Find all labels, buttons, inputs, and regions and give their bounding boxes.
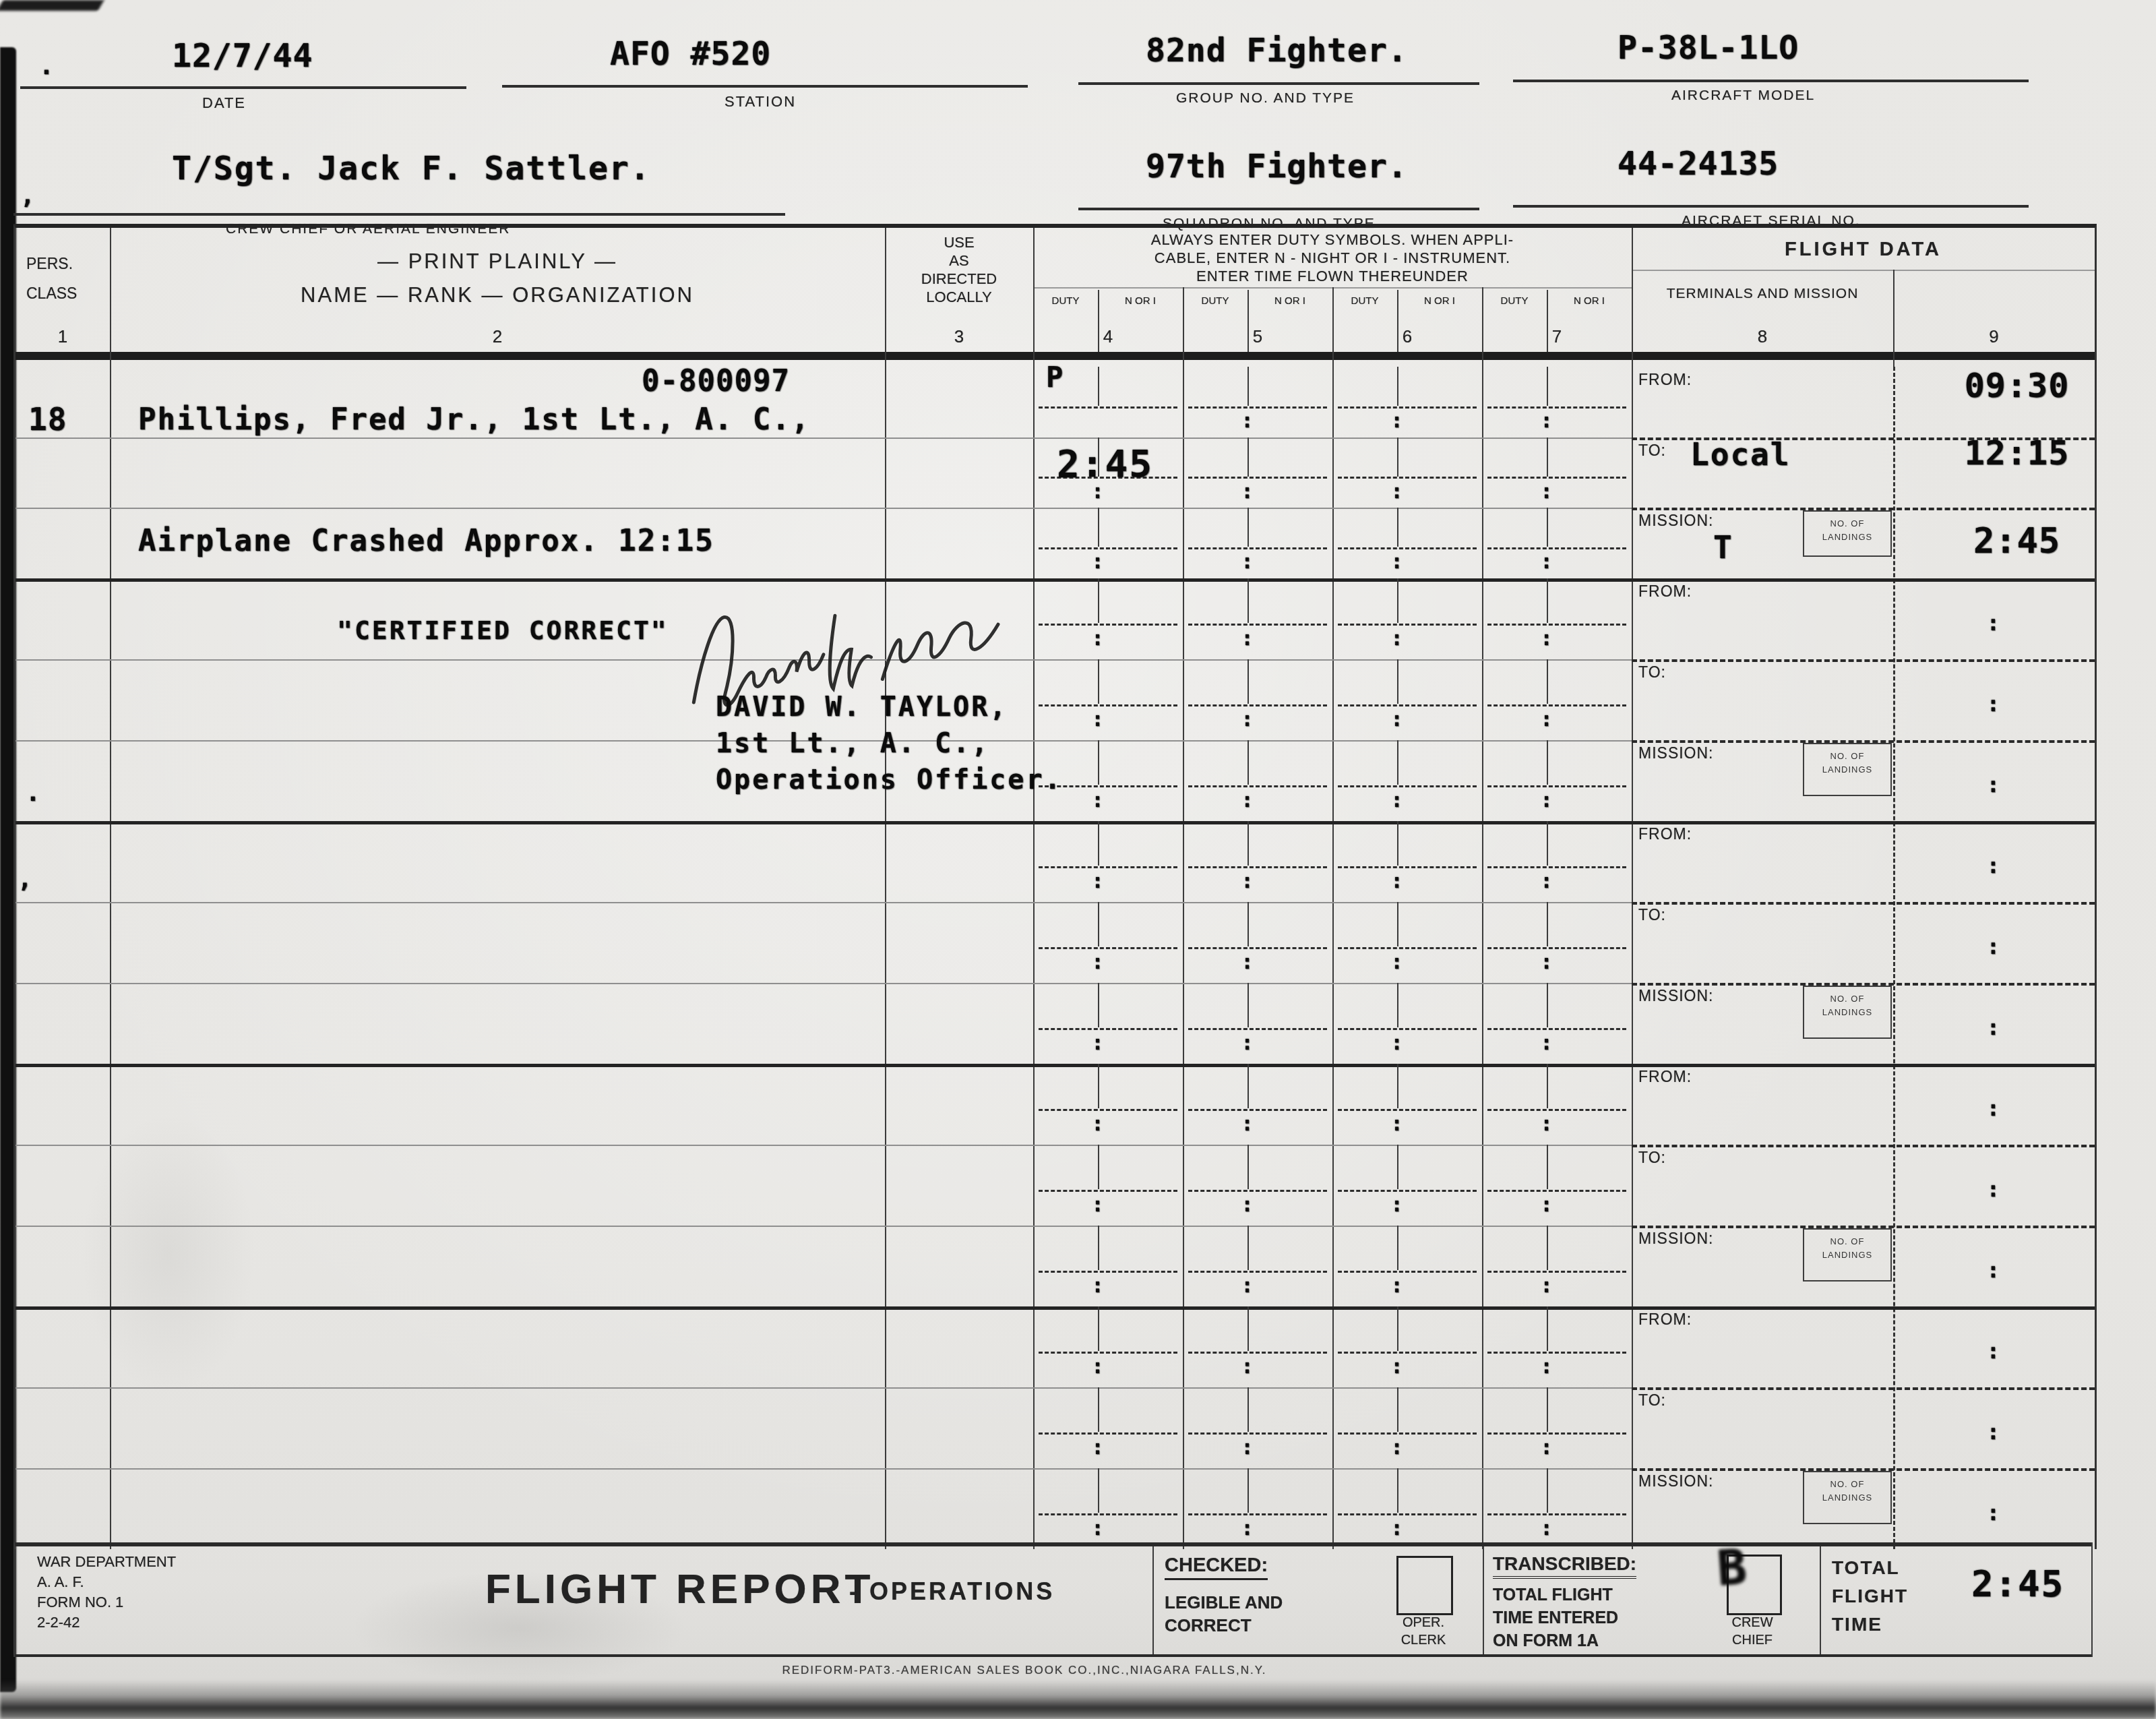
form-title: FLIGHT REPORT bbox=[485, 1565, 874, 1613]
form-id-block: WAR DEPARTMENTA. A. F.FORM NO. 12-2-42 bbox=[37, 1552, 176, 1633]
duty-cell-divider bbox=[1397, 902, 1398, 946]
duty-colon: : bbox=[1527, 1195, 1567, 1216]
duty-cell-dash bbox=[1487, 624, 1626, 626]
column-number: 4 bbox=[1033, 326, 1183, 347]
duty-cell-divider bbox=[1098, 1468, 1099, 1513]
flight-subrow-dash bbox=[1632, 659, 2095, 662]
duty-colon: : bbox=[1227, 628, 1268, 650]
time-colon: : bbox=[1930, 855, 2058, 878]
duty-cell-dash bbox=[1188, 1028, 1327, 1030]
duty-cell-divider bbox=[1547, 438, 1548, 477]
time-colon: : bbox=[1930, 1340, 2058, 1363]
checked-line1: LEGIBLE AND bbox=[1165, 1592, 1283, 1613]
duty-colon: : bbox=[1527, 709, 1567, 731]
crew-chief-value: T/Sgt. Jack F. Sattler. bbox=[172, 152, 651, 185]
duty-sub-label: DUTY bbox=[1332, 295, 1397, 307]
duty-colon: : bbox=[1227, 1195, 1268, 1216]
duty-colon: : bbox=[1527, 1033, 1567, 1054]
oper-clerk-line1: OPER. bbox=[1403, 1615, 1444, 1630]
no-of-landings-label: NO. OFLANDINGS bbox=[1804, 744, 1890, 776]
col-line bbox=[1632, 228, 1633, 1549]
no-of-landings-label: NO. OFLANDINGS bbox=[1804, 1230, 1890, 1261]
duty-cell-dash bbox=[1338, 785, 1477, 787]
scan-edge-bottom bbox=[0, 1680, 2156, 1719]
duty-cell-divider bbox=[1248, 1306, 1249, 1351]
duty-cell-divider bbox=[1248, 1468, 1249, 1513]
footer-top-rule bbox=[13, 1542, 2093, 1546]
col2-header-line2: NAME — RANK — ORGANIZATION bbox=[110, 283, 885, 307]
to-terminal-entry: Local bbox=[1690, 438, 1790, 471]
flight-row-label-to: TO: bbox=[1638, 663, 1666, 682]
duty-colon: : bbox=[1227, 871, 1268, 893]
transcribed-line1: TOTAL FLIGHT bbox=[1493, 1586, 1613, 1605]
duty-colon: : bbox=[1078, 1275, 1118, 1297]
time-colon: : bbox=[1930, 1502, 2058, 1525]
serial-value: 44-24135 bbox=[1618, 147, 1779, 181]
duty-cell-divider bbox=[1547, 578, 1548, 623]
duty-cell-divider bbox=[1248, 367, 1249, 406]
duty-cell-divider bbox=[1248, 983, 1249, 1027]
duty-cell-dash bbox=[1039, 624, 1177, 626]
time-colon: : bbox=[1930, 693, 2058, 716]
nori-sub-label: N OR I bbox=[1098, 295, 1183, 307]
flight-subrow-dash bbox=[1632, 902, 2095, 905]
duty-cell-dash bbox=[1338, 1109, 1477, 1111]
duty-cell-divider bbox=[1397, 659, 1398, 704]
time-colon: : bbox=[1930, 936, 2058, 959]
subrow-line bbox=[16, 438, 1632, 439]
duty-cell-divider bbox=[1098, 1064, 1099, 1108]
duty-cell-divider bbox=[1397, 1226, 1398, 1270]
nori-sub-label: N OR I bbox=[1397, 295, 1482, 307]
oper-clerk-checkbox bbox=[1396, 1556, 1453, 1615]
duty-cell-dash bbox=[1487, 785, 1626, 787]
duty-cell-dash bbox=[1338, 1432, 1477, 1435]
duty-cell-divider bbox=[1098, 821, 1099, 866]
duty-cell-dash bbox=[1039, 1271, 1177, 1273]
duty-cell-dash bbox=[1338, 477, 1477, 479]
group-value: 82nd Fighter. bbox=[1146, 34, 1408, 67]
duty-colon: : bbox=[1227, 1114, 1268, 1135]
duty-cell-divider bbox=[1098, 1306, 1099, 1351]
certifier-typed-name: DAVID W. TAYLOR, bbox=[716, 693, 1008, 721]
flight-subrow-dash bbox=[1632, 1145, 2095, 1147]
no-of-landings-box: NO. OFLANDINGS bbox=[1803, 1471, 1892, 1524]
duty-cell-divider bbox=[1397, 508, 1398, 547]
duty-cell-divider bbox=[1098, 1387, 1099, 1432]
duty-cell-dash bbox=[1338, 1190, 1477, 1192]
stray-mark: . bbox=[39, 54, 55, 80]
station-label: STATION bbox=[725, 93, 796, 111]
duty-cell-dash bbox=[1338, 947, 1477, 949]
duty-cell-dash bbox=[1338, 1513, 1477, 1515]
station-value: AFO #520 bbox=[610, 37, 771, 71]
col8-col9-dashed-divider bbox=[1893, 367, 1895, 1549]
duty-cell-divider bbox=[1547, 1064, 1548, 1108]
no-of-landings-box: NO. OFLANDINGS bbox=[1803, 986, 1892, 1039]
duty-cell-divider bbox=[1248, 1226, 1249, 1270]
duty-cell-dash bbox=[1188, 866, 1327, 868]
duty-colon: : bbox=[1377, 481, 1417, 503]
col1-header-line1: PERS. bbox=[26, 255, 73, 273]
footer-divider bbox=[1483, 1546, 1484, 1654]
flight-row-label-mission: MISSION: bbox=[1638, 744, 1714, 762]
duty-cell-dash bbox=[1338, 704, 1477, 706]
duty-cell-divider bbox=[1098, 659, 1099, 704]
flight-row-label-from: FROM: bbox=[1638, 371, 1692, 389]
duty-cell-divider bbox=[1098, 740, 1099, 785]
duty-cell-divider bbox=[1098, 1145, 1099, 1189]
duty-cell-divider bbox=[1547, 740, 1548, 785]
duty-cell-dash bbox=[1188, 1109, 1327, 1111]
duty-cell-divider bbox=[1098, 367, 1099, 406]
duty-colon: : bbox=[1227, 1437, 1268, 1459]
duty-colon: : bbox=[1078, 1356, 1118, 1378]
duty-cell-divider bbox=[1098, 578, 1099, 623]
duty-cell-dash bbox=[1487, 1109, 1626, 1111]
duty-cell-divider bbox=[1397, 578, 1398, 623]
duty-colon: : bbox=[1227, 1275, 1268, 1297]
flight-row-label-to: TO: bbox=[1638, 1391, 1666, 1410]
column-number: 5 bbox=[1183, 326, 1332, 347]
footer-divider bbox=[1152, 1546, 1154, 1654]
time-colon: : bbox=[1930, 774, 2058, 797]
duty-colon: : bbox=[1527, 628, 1567, 650]
duty-colon: : bbox=[1078, 952, 1118, 973]
column-number: 2 bbox=[110, 326, 885, 347]
duty-cell-divider bbox=[1098, 902, 1099, 946]
squadron-value: 97th Fighter. bbox=[1146, 150, 1408, 183]
crew-chief-label: CREW CHIEF bbox=[1715, 1614, 1789, 1649]
transcribed-line2: TIME ENTERED bbox=[1493, 1608, 1618, 1628]
printer-imprint: REDIFORM-PAT3.-AMERICAN SALES BOOK CO.,I… bbox=[721, 1664, 1328, 1677]
model-value: P-38L-1LO bbox=[1618, 31, 1799, 65]
to-time-entry: 12:15 bbox=[1951, 435, 2083, 471]
duty-cell-divider bbox=[1547, 367, 1548, 406]
duty-cell-dash bbox=[1188, 1190, 1327, 1192]
nori-sub-label: N OR I bbox=[1248, 295, 1332, 307]
duty-cell-divider bbox=[1397, 367, 1398, 406]
duty-cell-dash bbox=[1338, 406, 1477, 409]
duty-cell-divider bbox=[1248, 902, 1249, 946]
rule bbox=[1513, 80, 2029, 82]
duty-cell-dash bbox=[1487, 1513, 1626, 1515]
duty-colon: : bbox=[1078, 1033, 1118, 1054]
time-colon: : bbox=[1930, 1421, 2058, 1444]
col-line bbox=[1033, 228, 1035, 1549]
footer-edge bbox=[2091, 1542, 2093, 1657]
duty-cell-divider bbox=[1397, 438, 1398, 477]
duty-colon: : bbox=[1377, 411, 1417, 432]
certified-correct-stamp: "CERTIFIED CORRECT" bbox=[337, 617, 669, 644]
duty-cell-dash bbox=[1487, 477, 1626, 479]
header-double-rule bbox=[16, 352, 2095, 360]
duty-cell-dash bbox=[1338, 624, 1477, 626]
rule bbox=[1078, 208, 1479, 210]
duty-cell-dash bbox=[1487, 866, 1626, 868]
column-number: 3 bbox=[885, 326, 1033, 347]
duty-colon: : bbox=[1227, 1356, 1268, 1378]
duty-colon: : bbox=[1227, 1518, 1268, 1540]
duty-cell-dash bbox=[1188, 477, 1327, 479]
duty-colon: : bbox=[1227, 1033, 1268, 1054]
duty-colon: : bbox=[1078, 551, 1118, 573]
flight-row-label-mission: MISSION: bbox=[1638, 987, 1714, 1005]
duty-cell-dash bbox=[1338, 866, 1477, 868]
duty-cell-dash bbox=[1188, 406, 1327, 409]
flight-report-scan: 12/7/44 DATE AFO #520 STATION 82nd Fight… bbox=[0, 0, 2156, 1719]
duty-cell-dash bbox=[1487, 947, 1626, 949]
duty-cell-divider bbox=[1547, 1226, 1548, 1270]
pilot-name-entry: Phillips, Fred Jr., 1st Lt., A. C., bbox=[138, 404, 810, 435]
duty-colon: : bbox=[1527, 481, 1567, 503]
duty-cell-divider bbox=[1547, 1145, 1548, 1189]
flight-row-label-to: TO: bbox=[1638, 906, 1666, 924]
time-colon: : bbox=[1930, 1017, 2058, 1039]
duty-cell-divider bbox=[1248, 740, 1249, 785]
col-line bbox=[1332, 287, 1334, 1549]
duty-cell-dash bbox=[1188, 785, 1327, 787]
duty-colon: : bbox=[1377, 709, 1417, 731]
footer-divider bbox=[1820, 1546, 1821, 1654]
time-colon: : bbox=[1930, 1178, 2058, 1201]
duty-cell-divider bbox=[1098, 983, 1099, 1027]
duty-cell-divider bbox=[1547, 821, 1548, 866]
subrow-line bbox=[16, 983, 1632, 984]
duty-sub-label: DUTY bbox=[1482, 295, 1547, 307]
group-label: GROUP NO. AND TYPE bbox=[1176, 90, 1355, 107]
flight-subrow-dash bbox=[1632, 1387, 2095, 1390]
subrow-line bbox=[16, 508, 1632, 509]
duty-cell-dash bbox=[1487, 1028, 1626, 1030]
duty-colon: : bbox=[1527, 952, 1567, 973]
subrow-line bbox=[16, 1226, 1632, 1227]
duty-colon: : bbox=[1527, 790, 1567, 812]
rule bbox=[1078, 82, 1479, 85]
col-line bbox=[1482, 287, 1483, 1549]
duty-colon: : bbox=[1527, 551, 1567, 573]
duty-colon: : bbox=[1527, 411, 1567, 432]
subrow-line bbox=[16, 1387, 1632, 1389]
total-line3: TIME bbox=[1832, 1614, 1882, 1635]
crew-chief-line1: CREW bbox=[1731, 1615, 1773, 1630]
duty-cell-divider bbox=[1397, 983, 1398, 1027]
duty-cell-dash bbox=[1039, 947, 1177, 949]
mission-symbol-entry: T bbox=[1713, 531, 1733, 564]
col-line bbox=[1183, 287, 1184, 1549]
duty-colon: : bbox=[1078, 1437, 1118, 1459]
checked-line2: CORRECT bbox=[1165, 1615, 1252, 1636]
duty-colon: : bbox=[1527, 871, 1567, 893]
duty-cell-dash bbox=[1338, 1028, 1477, 1030]
duty-colon: : bbox=[1078, 709, 1118, 731]
date-value: 12/7/44 bbox=[172, 39, 313, 73]
rule bbox=[13, 213, 785, 216]
duty-cell-divider bbox=[1547, 1468, 1548, 1513]
duty-colon: : bbox=[1078, 1518, 1118, 1540]
duty-cell-divider bbox=[1547, 1387, 1548, 1432]
col-line bbox=[885, 228, 886, 1549]
flight-data-header: FLIGHT DATA bbox=[1632, 239, 2095, 261]
duty-cell-divider bbox=[1397, 1387, 1398, 1432]
no-of-landings-box: NO. OFLANDINGS bbox=[1803, 743, 1892, 796]
subrow-line bbox=[16, 1145, 1632, 1146]
flight-row-label-from: FROM: bbox=[1638, 825, 1692, 843]
col-line bbox=[110, 228, 111, 1549]
duty-cell-divider bbox=[1248, 438, 1249, 477]
duty-cell-divider bbox=[1547, 659, 1548, 704]
duty-colon: : bbox=[1527, 1437, 1567, 1459]
flight-row-label-from: FROM: bbox=[1638, 582, 1692, 601]
crew-chief-line2: CHIEF bbox=[1732, 1633, 1773, 1648]
duty-cell-divider bbox=[1547, 983, 1548, 1027]
group-line bbox=[16, 1064, 2095, 1067]
duty-cell-divider bbox=[1547, 1306, 1548, 1351]
duty-colon: : bbox=[1377, 1114, 1417, 1135]
group-line bbox=[16, 821, 2095, 824]
duty-cell-dash bbox=[1487, 704, 1626, 706]
duty-cell-dash bbox=[1338, 1352, 1477, 1354]
duty-cell-dash bbox=[1039, 866, 1177, 868]
duty-colon: : bbox=[1527, 1275, 1567, 1297]
model-label: AIRCRAFT MODEL bbox=[1671, 88, 1815, 104]
no-of-landings-box: NO. OFLANDINGS bbox=[1803, 1228, 1892, 1281]
duty-colon: : bbox=[1377, 871, 1417, 893]
no-of-landings-label: NO. OFLANDINGS bbox=[1804, 512, 1890, 543]
total-line2: FLIGHT bbox=[1832, 1586, 1908, 1607]
duty-colon: : bbox=[1078, 790, 1118, 812]
duty-colon: : bbox=[1377, 1518, 1417, 1540]
duty-cell-dash bbox=[1338, 547, 1477, 549]
duty-colon: : bbox=[1527, 1518, 1567, 1540]
col-line bbox=[1893, 270, 1895, 367]
rule bbox=[20, 86, 466, 89]
duty-cell-dash bbox=[1188, 947, 1327, 949]
duty-cell-dash bbox=[1188, 1352, 1327, 1354]
duty-cell-dash bbox=[1188, 547, 1327, 549]
duty-colon: : bbox=[1377, 952, 1417, 973]
column-number: 1 bbox=[16, 326, 110, 347]
duty-cell-divider bbox=[1248, 821, 1249, 866]
rule bbox=[502, 85, 1028, 88]
duty-colon: : bbox=[1377, 1437, 1417, 1459]
duty-symbol-entry: P bbox=[1046, 363, 1064, 392]
duty-cell-dash bbox=[1039, 704, 1177, 706]
duty-cell-divider bbox=[1248, 1064, 1249, 1108]
oper-clerk-line2: CLERK bbox=[1401, 1633, 1446, 1648]
flight-row-label-from: FROM: bbox=[1638, 1310, 1692, 1329]
from-time-entry: 09:30 bbox=[1951, 368, 2083, 404]
time-colon: : bbox=[1930, 1259, 2058, 1282]
duty-colon: : bbox=[1527, 1114, 1567, 1135]
certifier-typed-title: Operations Officer. bbox=[716, 766, 1063, 794]
duty-cell-dash bbox=[1487, 547, 1626, 549]
duty-colon: : bbox=[1377, 1195, 1417, 1216]
total-line1: TOTAL bbox=[1832, 1557, 1900, 1579]
duty-cell-dash bbox=[1487, 1432, 1626, 1435]
subrow-line bbox=[16, 902, 1632, 903]
duty-colon: : bbox=[1377, 1356, 1417, 1378]
duty-cell-dash bbox=[1039, 1028, 1177, 1030]
duty-cell-dash bbox=[1188, 624, 1327, 626]
duty-colon: : bbox=[1377, 551, 1417, 573]
group-line bbox=[16, 578, 2095, 582]
duty-cell-divider bbox=[1397, 1064, 1398, 1108]
scan-edge-top bbox=[0, 0, 104, 11]
duty-cell-divider bbox=[1248, 1145, 1249, 1189]
certifier-typed-rank: 1st Lt., A. C., bbox=[716, 729, 989, 758]
duty-cell-divider bbox=[1547, 902, 1548, 946]
transcribed-line3: ON FORM 1A bbox=[1493, 1631, 1599, 1651]
duty-colon: : bbox=[1078, 628, 1118, 650]
duty-cell-divider bbox=[1248, 578, 1249, 623]
group-line bbox=[16, 1306, 2095, 1310]
rule bbox=[1632, 270, 2095, 271]
no-of-landings-label: NO. OFLANDINGS bbox=[1804, 1472, 1890, 1504]
duty-colon: : bbox=[1377, 1033, 1417, 1054]
duty-colon: : bbox=[1377, 628, 1417, 650]
time-colon: : bbox=[1930, 1097, 2058, 1120]
mission-time-entry: 2:45 bbox=[1951, 523, 2083, 560]
pers-class-entry: 18 bbox=[28, 403, 67, 435]
duty-header: ALWAYS ENTER DUTY SYMBOLS. WHEN APPLI-CA… bbox=[1033, 231, 1632, 285]
flight-row-label-to: TO: bbox=[1638, 442, 1666, 460]
oper-clerk-label: OPER. CLERK bbox=[1383, 1614, 1464, 1649]
duty-cell-divider bbox=[1248, 1387, 1249, 1432]
duty-colon: : bbox=[1078, 871, 1118, 893]
duty-cell-dash bbox=[1338, 1271, 1477, 1273]
duty-cell-dash bbox=[1188, 1271, 1327, 1273]
duty-colon: : bbox=[1078, 1114, 1118, 1135]
flight-row-label-to: TO: bbox=[1638, 1149, 1666, 1167]
duty-cell-divider bbox=[1248, 659, 1249, 704]
crew-chief-mark: B bbox=[1715, 1542, 1749, 1595]
no-of-landings-box: NO. OFLANDINGS bbox=[1803, 510, 1892, 557]
duty-sub-label: DUTY bbox=[1183, 295, 1248, 307]
duty-cell-divider bbox=[1397, 1145, 1398, 1189]
duty-colon: : bbox=[1227, 551, 1268, 573]
duty-sub-label: DUTY bbox=[1033, 295, 1098, 307]
duty-colon: : bbox=[1377, 1275, 1417, 1297]
duty-cell-dash bbox=[1487, 1352, 1626, 1354]
duty-colon: : bbox=[1078, 1195, 1118, 1216]
duty-cell-divider bbox=[1397, 821, 1398, 866]
duty-cell-dash bbox=[1487, 1271, 1626, 1273]
total-flight-time-value: 2:45 bbox=[1971, 1565, 2064, 1604]
duty-cell-dash bbox=[1039, 547, 1177, 549]
duty-colon: : bbox=[1377, 790, 1417, 812]
column-number: 6 bbox=[1332, 326, 1482, 347]
subrow-line bbox=[16, 1468, 1632, 1470]
duty-cell-divider bbox=[1397, 1306, 1398, 1351]
duty-cell-dash bbox=[1039, 1190, 1177, 1192]
col3-header-lines: USEASDIRECTEDLOCALLY bbox=[885, 233, 1033, 306]
time-colon: : bbox=[1930, 612, 2058, 635]
form-title-suffix: - OPERATIONS bbox=[849, 1577, 1055, 1606]
duty-cell-dash bbox=[1487, 406, 1626, 409]
service-number-entry: 0-800097 bbox=[642, 366, 790, 397]
flight-row-label-from: FROM: bbox=[1638, 1068, 1692, 1086]
rule bbox=[1513, 205, 2029, 208]
column-number: 7 bbox=[1482, 326, 1632, 347]
duty-colon: : bbox=[1527, 1356, 1567, 1378]
stray-mark: , bbox=[20, 183, 36, 209]
duty-cell-dash bbox=[1188, 1432, 1327, 1435]
col3-header: USEASDIRECTEDLOCALLY bbox=[885, 233, 1033, 306]
column-number: 9 bbox=[1893, 326, 2095, 347]
duty-cell-dash bbox=[1039, 1109, 1177, 1111]
duty-cell-dash bbox=[1039, 1352, 1177, 1354]
